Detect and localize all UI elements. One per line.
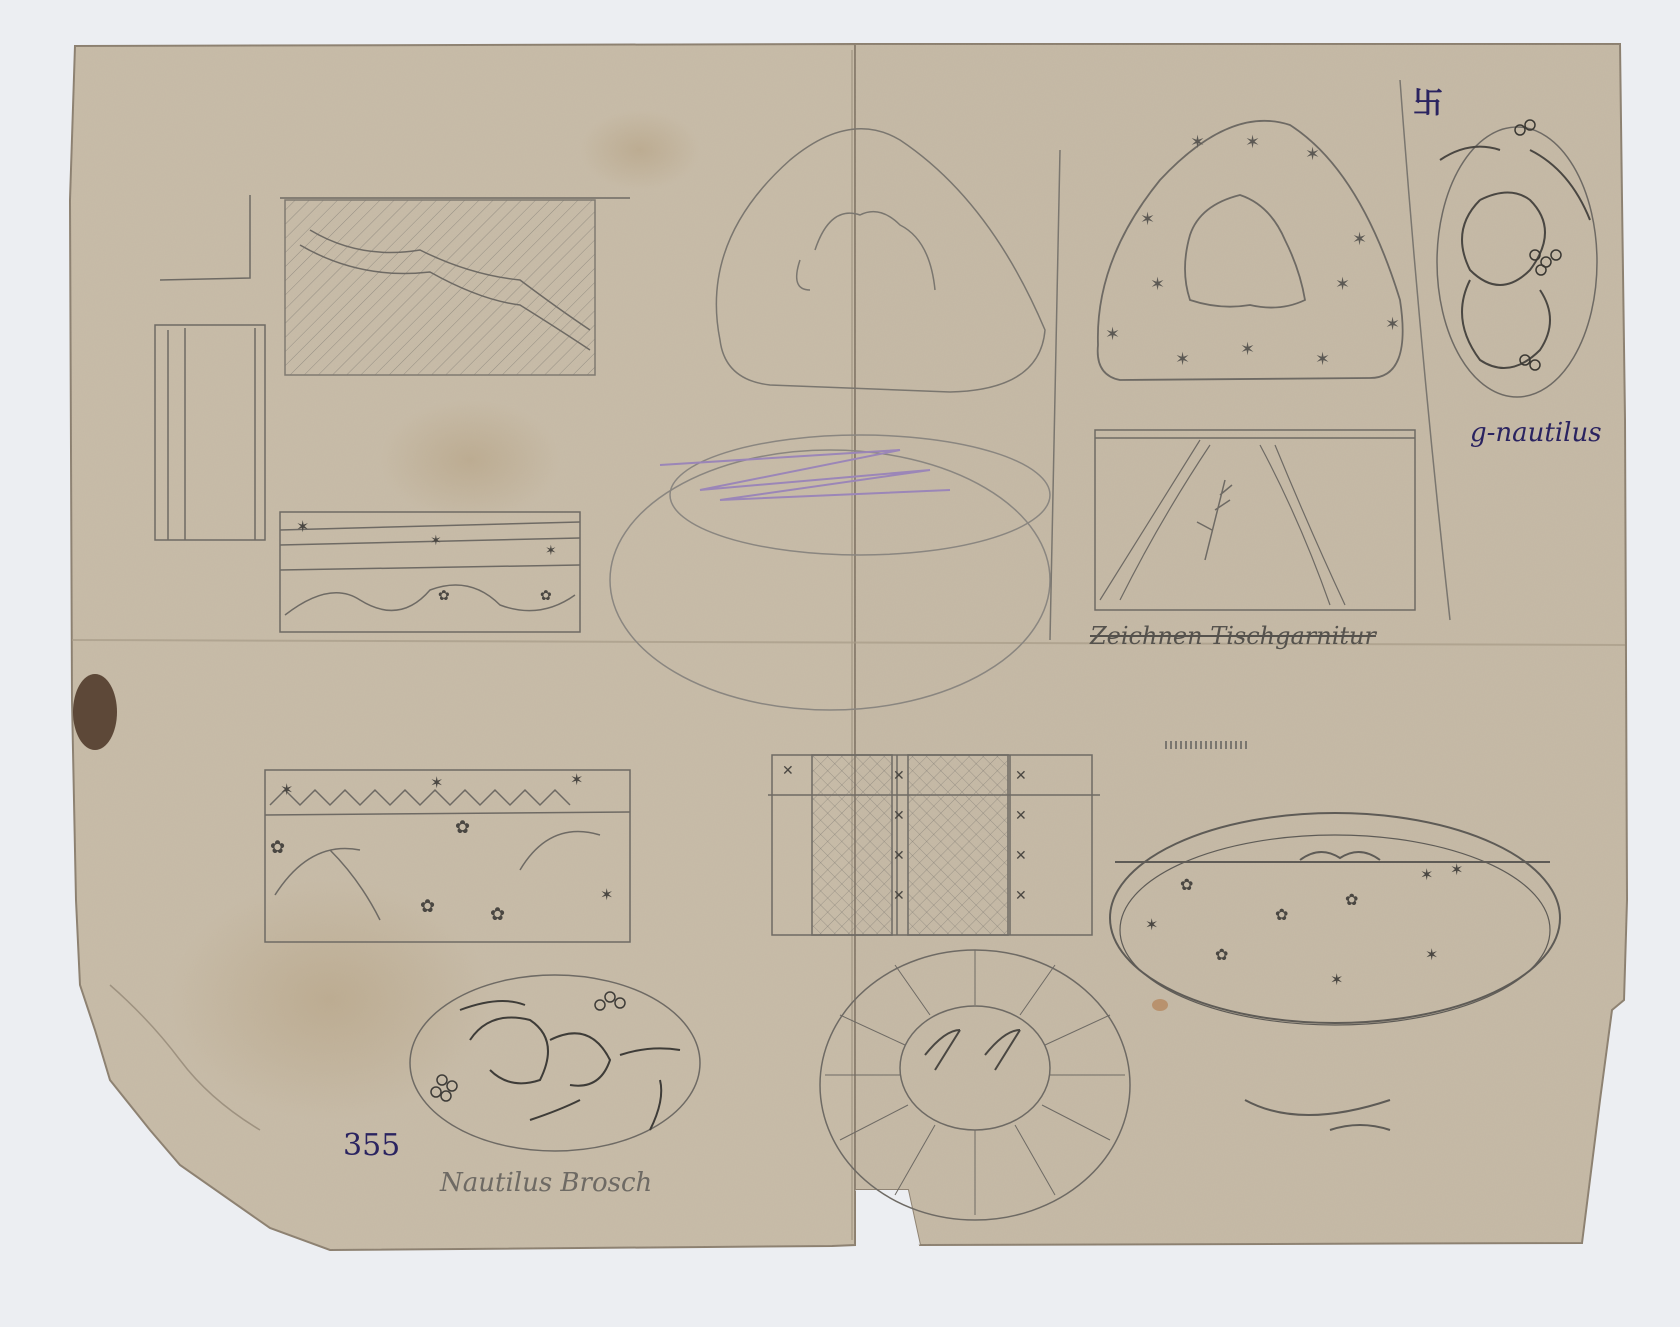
svg-text:✿: ✿: [1345, 890, 1358, 909]
svg-text:✿: ✿: [1215, 945, 1228, 964]
svg-text:✶: ✶: [1420, 865, 1433, 884]
svg-text:✿: ✿: [455, 817, 470, 838]
svg-text:✶: ✶: [1425, 945, 1438, 964]
svg-text:✶: ✶: [1330, 970, 1343, 989]
svg-text:✶: ✶: [1315, 349, 1330, 370]
svg-text:✶: ✶: [1175, 349, 1190, 370]
svg-text:✕: ✕: [893, 808, 905, 824]
svg-text:✶: ✶: [1105, 324, 1120, 345]
svg-text:✶: ✶: [600, 885, 613, 904]
svg-text:✶: ✶: [545, 543, 557, 559]
svg-text:✶: ✶: [1352, 229, 1367, 250]
svg-text:✶: ✶: [1150, 274, 1165, 295]
svg-text:✕: ✕: [1015, 808, 1027, 824]
svg-text:✕: ✕: [1015, 848, 1027, 864]
svg-text:✿: ✿: [270, 837, 285, 858]
svg-text:✶: ✶: [280, 780, 293, 799]
caption-nautilus-brosch: Nautilus Brosch: [440, 1168, 652, 1198]
svg-text:✶: ✶: [1190, 132, 1205, 153]
inventory-number: 355: [343, 1128, 400, 1163]
svg-text:✕: ✕: [893, 768, 905, 784]
caption-tischgarnitur: Zeichnen Tischgarnitur: [1090, 622, 1376, 650]
svg-text:✶: ✶: [1245, 132, 1260, 153]
svg-text:✶: ✶: [1385, 314, 1400, 335]
svg-text:✶: ✶: [296, 517, 309, 536]
svg-text:✶: ✶: [1335, 274, 1350, 295]
svg-text:✶: ✶: [430, 533, 442, 549]
svg-text:✕: ✕: [893, 888, 905, 904]
svg-text:✶: ✶: [1305, 144, 1320, 165]
svg-text:✿: ✿: [490, 904, 505, 925]
svg-text:✕: ✕: [782, 763, 794, 779]
svg-text:✶: ✶: [1145, 915, 1158, 934]
svg-text:✶: ✶: [1140, 209, 1155, 230]
svg-text:✿: ✿: [420, 896, 435, 917]
svg-text:✕: ✕: [1015, 888, 1027, 904]
svg-text:✕: ✕: [893, 848, 905, 864]
svg-text:✕: ✕: [1015, 768, 1027, 784]
svg-text:✶: ✶: [1240, 339, 1255, 360]
stamp-mark: 卐: [1413, 78, 1443, 122]
svg-text:✿: ✿: [1180, 875, 1193, 894]
svg-text:✶: ✶: [1450, 860, 1463, 879]
sketch-sheet-scan: ✶ ✶ ✶ ✿ ✿ ✶✶✶ ✶✶✶ ✶✶✶ ✶✶✶: [0, 0, 1680, 1327]
svg-text:✿: ✿: [438, 588, 450, 604]
svg-text:✶: ✶: [430, 773, 443, 792]
svg-text:✿: ✿: [1275, 905, 1288, 924]
svg-text:✶: ✶: [570, 770, 583, 789]
caption-g-nautilus: g-nautilus: [1470, 418, 1602, 448]
svg-text:✿: ✿: [540, 588, 552, 604]
